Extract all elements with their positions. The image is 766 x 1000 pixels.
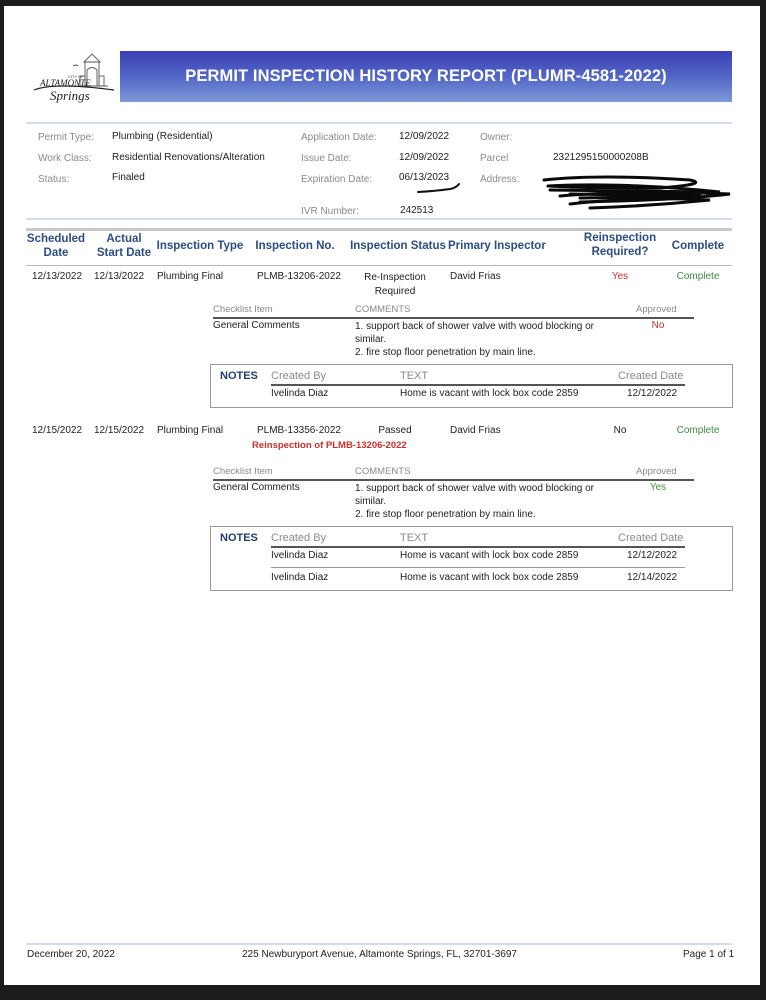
checklist-approved: Yes [644, 481, 672, 495]
column-header-inspection-no: Inspection No. [250, 239, 340, 253]
svg-text:Springs: Springs [50, 88, 90, 103]
checklist-header-item: Checklist Item [213, 466, 273, 477]
notes-title: NOTES [220, 370, 258, 382]
status-label: Status: [38, 174, 69, 185]
handwritten-underline [414, 182, 464, 196]
checklist-approved: No [644, 319, 672, 333]
ivr-number-label: IVR Number: [301, 206, 359, 217]
notes-divider [271, 546, 685, 548]
column-header-actual-start-date: Actual Start Date [92, 232, 156, 260]
address-redaction [540, 174, 732, 214]
divider [26, 122, 732, 124]
inspection-type: Plumbing Final [157, 424, 223, 438]
reinspection-of-link: Reinspection of PLMB-13206-2022 [252, 439, 407, 453]
owner-label: Owner: [480, 132, 512, 143]
application-date-value: 12/09/2022 [399, 131, 449, 142]
note-text: Home is vacant with lock box code 2859 [400, 549, 578, 563]
city-logo: CITY OF ALTAMONTE Springs [26, 48, 118, 108]
reinspection-required: Yes [600, 270, 640, 284]
inspection-no: PLMB-13206-2022 [257, 270, 341, 284]
checklist-item: General Comments [213, 319, 300, 333]
status-value: Finaled [112, 172, 145, 183]
complete-status: Complete [668, 270, 728, 284]
footer-address: 225 Newburyport Avenue, Altamonte Spring… [242, 949, 517, 960]
work-class-value: Residential Renovations/Alteration [112, 152, 265, 163]
notes-divider [271, 384, 685, 386]
column-header-primary-inspector: Primary Inspector [448, 239, 552, 253]
notes-header-created-date: Created Date [618, 532, 683, 544]
actual-start-date: 12/13/2022 [94, 270, 144, 284]
complete-status: Complete [668, 424, 728, 438]
note-created-date: 12/14/2022 [627, 571, 677, 585]
notes-header-text: TEXT [400, 370, 428, 382]
application-date-label: Application Date: [301, 132, 377, 143]
header-divider [26, 265, 732, 266]
inspection-status: Passed [360, 424, 430, 438]
issue-date-value: 12/09/2022 [399, 152, 449, 163]
inspection-type: Plumbing Final [157, 270, 223, 284]
column-header-inspection-status: Inspection Status [348, 239, 448, 253]
checklist-comment-line: similar. [355, 495, 386, 509]
notes-header-created-date: Created Date [618, 370, 683, 382]
note-created-date: 12/12/2022 [627, 549, 677, 563]
reinspection-required: No [600, 424, 640, 438]
checklist-header-item: Checklist Item [213, 304, 273, 315]
checklist-header-comments: COMMENTS [355, 304, 410, 315]
checklist-header-approved: Approved [636, 304, 677, 315]
checklist-item: General Comments [213, 481, 300, 495]
notes-header-text: TEXT [400, 532, 428, 544]
parcel-value: 2321295150000208B [553, 152, 649, 163]
checklist-comment-line: 1. support back of shower valve with woo… [355, 320, 594, 334]
scheduled-date: 12/13/2022 [32, 270, 82, 284]
note-created-by: Ivelinda Diaz [271, 549, 328, 563]
inspection-status: Re-Inspection Required [360, 271, 430, 299]
checklist-header-approved: Approved [636, 466, 677, 477]
report-page: CITY OF ALTAMONTE Springs PERMIT INSPECT… [4, 6, 760, 985]
checklist-comment-line: similar. [355, 333, 386, 347]
footer-date: December 20, 2022 [27, 949, 115, 960]
divider [26, 218, 732, 220]
column-header-complete: Complete [668, 239, 728, 253]
note-created-date: 12/12/2022 [627, 387, 677, 401]
checklist-header-comments: COMMENTS [355, 466, 410, 477]
checklist-comment-line: 2. fire stop floor penetration by main l… [355, 346, 536, 360]
note-created-by: Ivelinda Diaz [271, 571, 328, 585]
primary-inspector: David Frias [450, 424, 501, 438]
notes-header-created-by: Created By [271, 532, 326, 544]
checklist-comment-line: 1. support back of shower valve with woo… [355, 482, 594, 496]
note-text: Home is vacant with lock box code 2859 [400, 387, 578, 401]
column-header-scheduled-date: Scheduled Date [24, 232, 88, 260]
permit-type-label: Permit Type: [38, 132, 94, 143]
note-created-by: Ivelinda Diaz [271, 387, 328, 401]
actual-start-date: 12/15/2022 [94, 424, 144, 438]
checklist-comment-line: 2. fire stop floor penetration by main l… [355, 508, 536, 522]
primary-inspector: David Frias [450, 270, 501, 284]
ivr-number-value: 242513 [400, 205, 433, 216]
svg-text:ALTAMONTE: ALTAMONTE [39, 78, 91, 88]
permit-type-value: Plumbing (Residential) [112, 131, 213, 142]
expiration-date-label: Expiration Date: [301, 174, 372, 185]
note-text: Home is vacant with lock box code 2859 [400, 571, 578, 585]
parcel-label: Parcel [480, 153, 508, 164]
report-title: PERMIT INSPECTION HISTORY REPORT (PLUMR-… [120, 51, 732, 102]
column-header-reinspection-required: Reinspection Required? [580, 231, 660, 259]
work-class-label: Work Class: [38, 153, 92, 164]
footer-divider [26, 943, 732, 945]
notes-title: NOTES [220, 532, 258, 544]
inspection-no: PLMB-13356-2022 [257, 424, 341, 438]
notes-header-created-by: Created By [271, 370, 326, 382]
issue-date-label: Issue Date: [301, 153, 352, 164]
notes-row-divider [271, 567, 685, 568]
scheduled-date: 12/15/2022 [32, 424, 82, 438]
footer-page-number: Page 1 of 1 [683, 949, 734, 960]
column-header-inspection-type: Inspection Type [154, 239, 246, 253]
address-label: Address: [480, 174, 519, 185]
city-hall-icon: CITY OF ALTAMONTE Springs [26, 48, 118, 108]
